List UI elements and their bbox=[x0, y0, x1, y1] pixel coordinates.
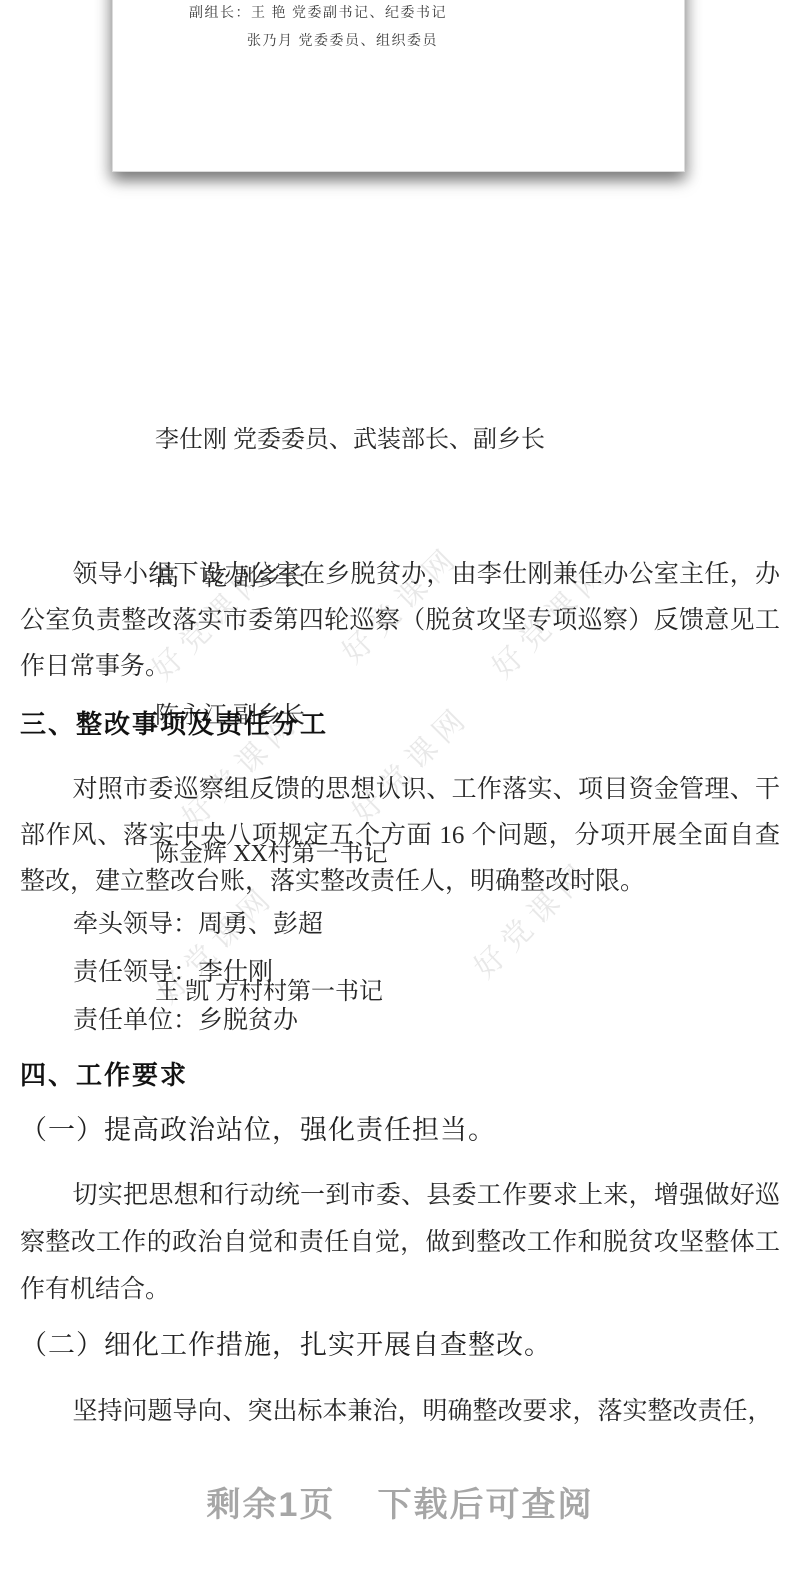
section-heading-3: 三、整改事项及责任分工 bbox=[20, 706, 780, 742]
paragraph-sub2: 坚持问题导向、突出标本兼治，明确整改要求，落实整改责任， bbox=[20, 1389, 780, 1435]
lead-leader-line: 牵头领导：周勇、彭超 bbox=[73, 901, 780, 949]
paragraph-rectification-items: 对照市委巡察组反馈的思想认识、工作落实、项目资金管理、干部作风、落实中央八项规定… bbox=[20, 767, 780, 905]
preview-footer: 剩余1页 下载后可查阅 bbox=[0, 1482, 800, 1528]
document-preview-page: 副组长：王 艳 党委副书记、纪委书记 张乃月 党委委员、组织委员 好党课网 好党… bbox=[0, 0, 800, 1588]
card-text-line: 副组长：王 艳 党委副书记、纪委书记 bbox=[189, 4, 447, 24]
sub-heading-2: （二）细化工作措施，扎实开展自查整改。 bbox=[20, 1326, 780, 1364]
remaining-pages-label: 剩余1页 bbox=[207, 1482, 336, 1528]
member-line: 李仕刚 党委委员、武装部长、副乡长 bbox=[155, 417, 775, 463]
sub-heading-1: （一）提高政治站位，强化责任担当。 bbox=[20, 1111, 780, 1149]
duty-unit-line: 责任单位：乡脱贫办 bbox=[73, 997, 780, 1045]
previous-page-card: 副组长：王 艳 党委副书记、纪委书记 张乃月 党委委员、组织委员 bbox=[112, 0, 685, 172]
paragraph-sub1: 切实把思想和行动统一到市委、县委工作要求上来，增强做好巡察整改工作的政治自觉和责… bbox=[20, 1172, 780, 1313]
card-text-line: 张乃月 党委委员、组织委员 bbox=[247, 32, 438, 52]
section-heading-4: 四、工作要求 bbox=[20, 1057, 780, 1093]
paragraph-office-setup: 领导小组下设办公室在乡脱贫办，由李仕刚兼任办公室主任，办公室负责整改落实市委第四… bbox=[20, 552, 780, 690]
download-hint-label: 下载后可查阅 bbox=[377, 1482, 593, 1528]
responsibility-list: 牵头领导：周勇、彭超 责任领导：李仕刚 责任单位：乡脱贫办 bbox=[20, 901, 780, 1045]
duty-leader-line: 责任领导：李仕刚 bbox=[73, 949, 780, 997]
